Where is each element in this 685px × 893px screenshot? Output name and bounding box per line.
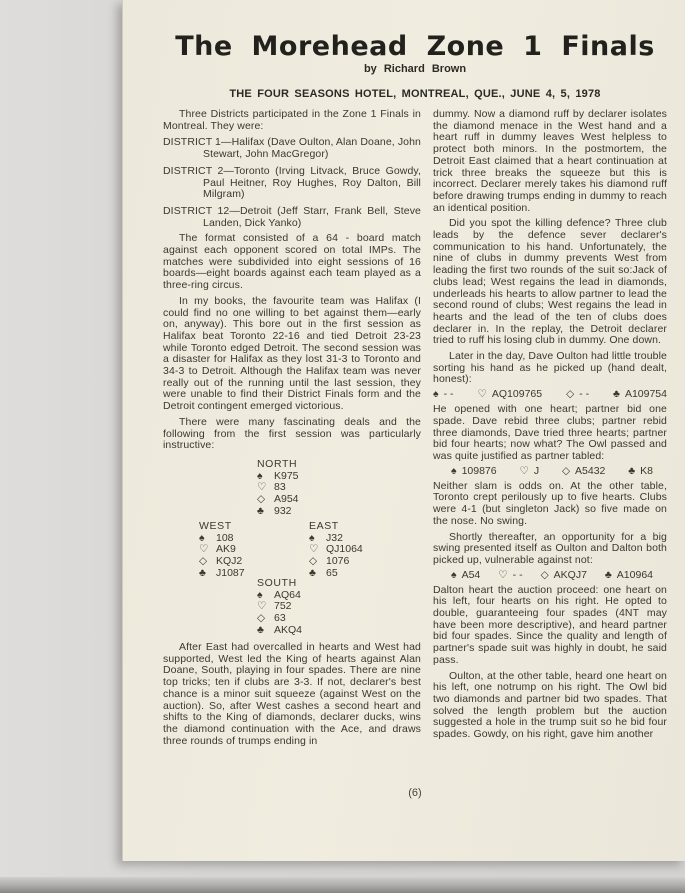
heart-cards: 752	[274, 600, 292, 612]
diamond-icon: ◇	[541, 569, 549, 581]
inline-hand-partner: ♠109876 ♡J ◇A5432 ♣K8	[433, 465, 667, 477]
club-cards: K8	[640, 465, 653, 477]
hand-hearts: ♡J	[519, 465, 539, 477]
spade-cards: A54	[462, 569, 481, 581]
hand-clubs: ♣K8	[628, 465, 653, 477]
hand-diamonds: ◇A5432	[562, 465, 605, 477]
photo-background-floor	[0, 877, 685, 893]
deal-east-hand: EAST ♠J32 ♡QJ1064 ◇1076 ♣65	[309, 521, 363, 580]
diamond-icon: ◇	[562, 465, 570, 477]
spade-cards: 108	[216, 532, 234, 544]
hand-diamonds: ◇AKQJ7	[541, 569, 587, 581]
diamond-cards: - -	[579, 388, 589, 400]
hand-spades: ♠- -	[433, 388, 454, 400]
page-number: (6)	[163, 787, 667, 799]
district-entry: DISTRICT 1—Halifax (Dave Oulton, Alan Do…	[163, 137, 421, 160]
club-icon: ♣	[628, 465, 635, 477]
paragraph-dalton: Dalton heart the auction proceed: one he…	[433, 585, 667, 667]
club-icon: ♣	[257, 506, 274, 518]
paragraph-deals: There were many fascinating deals and th…	[163, 417, 421, 452]
heart-cards: AK9	[216, 543, 236, 555]
diamond-icon: ◇	[566, 388, 574, 400]
hand-clubs: ♣A109754	[613, 388, 667, 400]
club-icon: ♣	[605, 569, 612, 581]
district-entry: DISTRICT 12—Detroit (Jeff Starr, Frank B…	[163, 206, 421, 229]
club-cards: 932	[274, 505, 292, 517]
heart-cards: QJ1064	[326, 543, 363, 555]
event-line: THE FOUR SEASONS HOTEL, MONTREAL, QUE., …	[163, 88, 667, 100]
club-cards: A109754	[625, 388, 667, 400]
hand-hearts: ♡- -	[498, 569, 522, 581]
hand-spades: ♠109876	[451, 465, 497, 477]
paragraph-slam: Neither slam is odds on. At the other ta…	[433, 481, 667, 528]
club-cards: AKQ4	[274, 624, 302, 636]
paragraph-later: Later in the day, Dave Oulton had little…	[433, 351, 667, 386]
club-icon: ♣	[309, 568, 326, 580]
heart-icon: ♡	[519, 465, 528, 477]
spade-icon: ♠	[433, 388, 439, 400]
club-cards: J1087	[216, 567, 245, 579]
left-column: Three Districts participated in the Zone…	[163, 109, 421, 747]
hand-clubs: ♣A10964	[605, 569, 653, 581]
paragraph-dummy: dummy. Now a diamond ruff by declarer is…	[433, 109, 667, 214]
heart-icon: ♡	[477, 388, 486, 400]
spade-cards: AQ64	[274, 589, 301, 601]
spade-cards: - -	[444, 388, 454, 400]
heart-cards: 83	[274, 481, 286, 493]
hand-spades: ♠A54	[451, 569, 480, 581]
hand-diamonds: ◇- -	[566, 388, 589, 400]
club-cards: 65	[326, 567, 338, 579]
paragraph-defence: Did you spot the killing defence? Three …	[433, 218, 667, 347]
diamond-cards: A5432	[575, 465, 605, 477]
paragraph-intro: Three Districts participated in the Zone…	[163, 109, 421, 132]
two-column-layout: Three Districts participated in the Zone…	[163, 109, 667, 747]
paragraph-opened: He opened with one heart; partner bid on…	[433, 404, 667, 463]
club-icon: ♣	[199, 568, 216, 580]
diamond-cards: 1076	[326, 555, 349, 567]
paragraph-books: In my books, the favourite team was Hali…	[163, 296, 421, 413]
page-content: The Morehead Zone 1 Finals by Richard Br…	[163, 0, 667, 830]
paragraph-oulton: Oulton, at the other table, heard one he…	[433, 671, 667, 741]
deal-west-hand: WEST ♠108 ♡AK9 ◇KQJ2 ♣J1087	[199, 521, 245, 580]
paragraph-after-east: After East had overcalled in hearts and …	[163, 642, 421, 747]
deal-north-hand: NORTH ♠K975 ♡83 ◇A954 ♣932	[257, 459, 299, 518]
inline-hand-swing: ♠A54 ♡- - ◇AKQJ7 ♣A10964	[433, 569, 667, 581]
deal-south-hand: SOUTH ♠AQ64 ♡752 ◇63 ♣AKQ4	[257, 578, 302, 637]
diamond-cards: A954	[274, 493, 299, 505]
right-column: dummy. Now a diamond ruff by declarer is…	[433, 109, 667, 747]
heart-cards: - -	[513, 569, 523, 581]
magazine-page: The Morehead Zone 1 Finals by Richard Br…	[122, 0, 685, 861]
spade-cards: J32	[326, 532, 343, 544]
paragraph-shortly: Shortly thereafter, an opportunity for a…	[433, 532, 667, 567]
byline: by Richard Brown	[163, 63, 667, 75]
spade-icon: ♠	[451, 465, 457, 477]
paragraph-format: The format consisted of a 64 - board mat…	[163, 233, 421, 292]
club-icon: ♣	[257, 625, 274, 637]
spade-icon: ♠	[451, 569, 457, 581]
bridge-deal-diagram: NORTH ♠K975 ♡83 ◇A954 ♣932 WEST ♠108 ♡AK…	[163, 459, 421, 638]
spade-cards: K975	[274, 470, 299, 482]
page-title: The Morehead Zone 1 Finals	[163, 33, 667, 61]
heart-cards: J	[534, 465, 539, 477]
club-cards: A10964	[617, 569, 653, 581]
heart-icon: ♡	[498, 569, 507, 581]
heart-cards: AQ109765	[492, 388, 542, 400]
inline-hand-oulton: ♠- - ♡AQ109765 ◇- - ♣A109754	[433, 388, 667, 400]
diamond-cards: KQJ2	[216, 555, 242, 567]
spade-cards: 109876	[462, 465, 497, 477]
hand-hearts: ♡AQ109765	[477, 388, 542, 400]
diamond-cards: AKQJ7	[554, 569, 587, 581]
district-entry: DISTRICT 2—Toronto (Irving Litvack, Bruc…	[163, 166, 421, 201]
diamond-cards: 63	[274, 612, 286, 624]
club-icon: ♣	[613, 388, 620, 400]
